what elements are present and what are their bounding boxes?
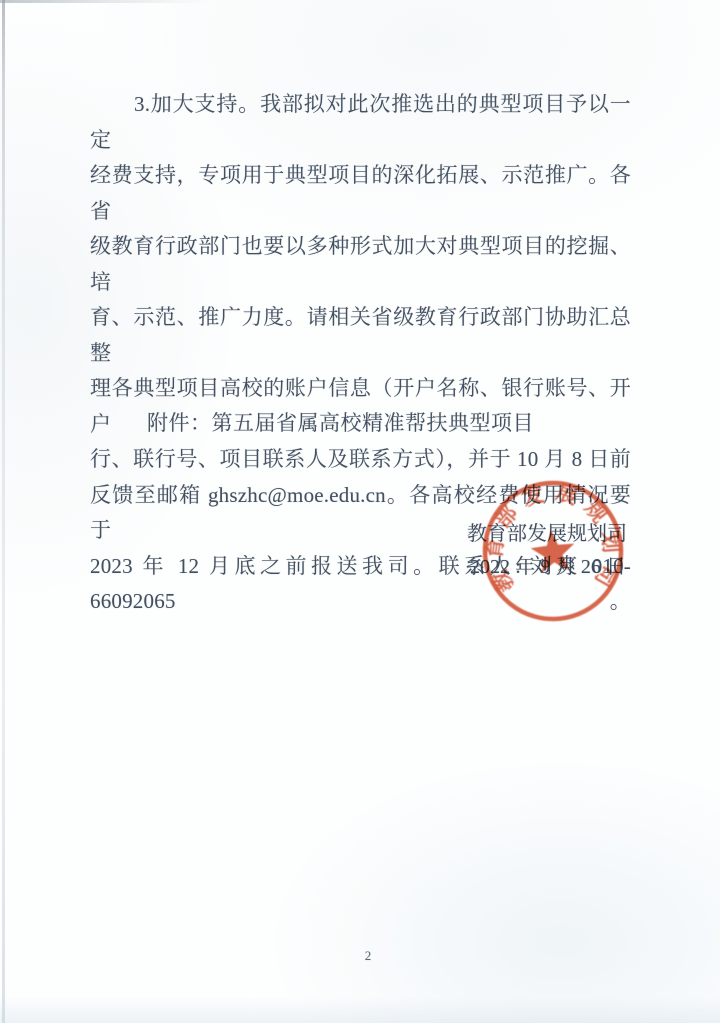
seal-star-icon [529,528,577,574]
official-seal: 教育部发展规划司 [463,461,643,641]
scanned-document-page: 3.加大支持。我部拟对此次推选出的典型项目予以一定 经费支持，专项用于典型项目的… [0,0,720,1023]
paragraph-line: 育、示范、推广力度。请相关省级教育行政部门协助汇总整 [90,300,631,371]
paragraph-line: 级教育行政部门也要以多种形式加大对典型项目的挖掘、培 [90,229,631,300]
scan-edge-artifact-left [2,0,5,1023]
page-number: 2 [356,948,380,964]
scan-wash-artifact-bottom [0,997,720,1023]
attachment-line: 附件：第五届省属高校精准帮扶典型项目 [90,406,631,441]
paragraph-line: 经费支持，专项用于典型项目的深化拓展、示范推广。各省 [90,158,631,229]
scan-edge-artifact-top [0,0,210,3]
paragraph-line: 3.加大支持。我部拟对此次推选出的典型项目予以一定 [90,87,631,158]
